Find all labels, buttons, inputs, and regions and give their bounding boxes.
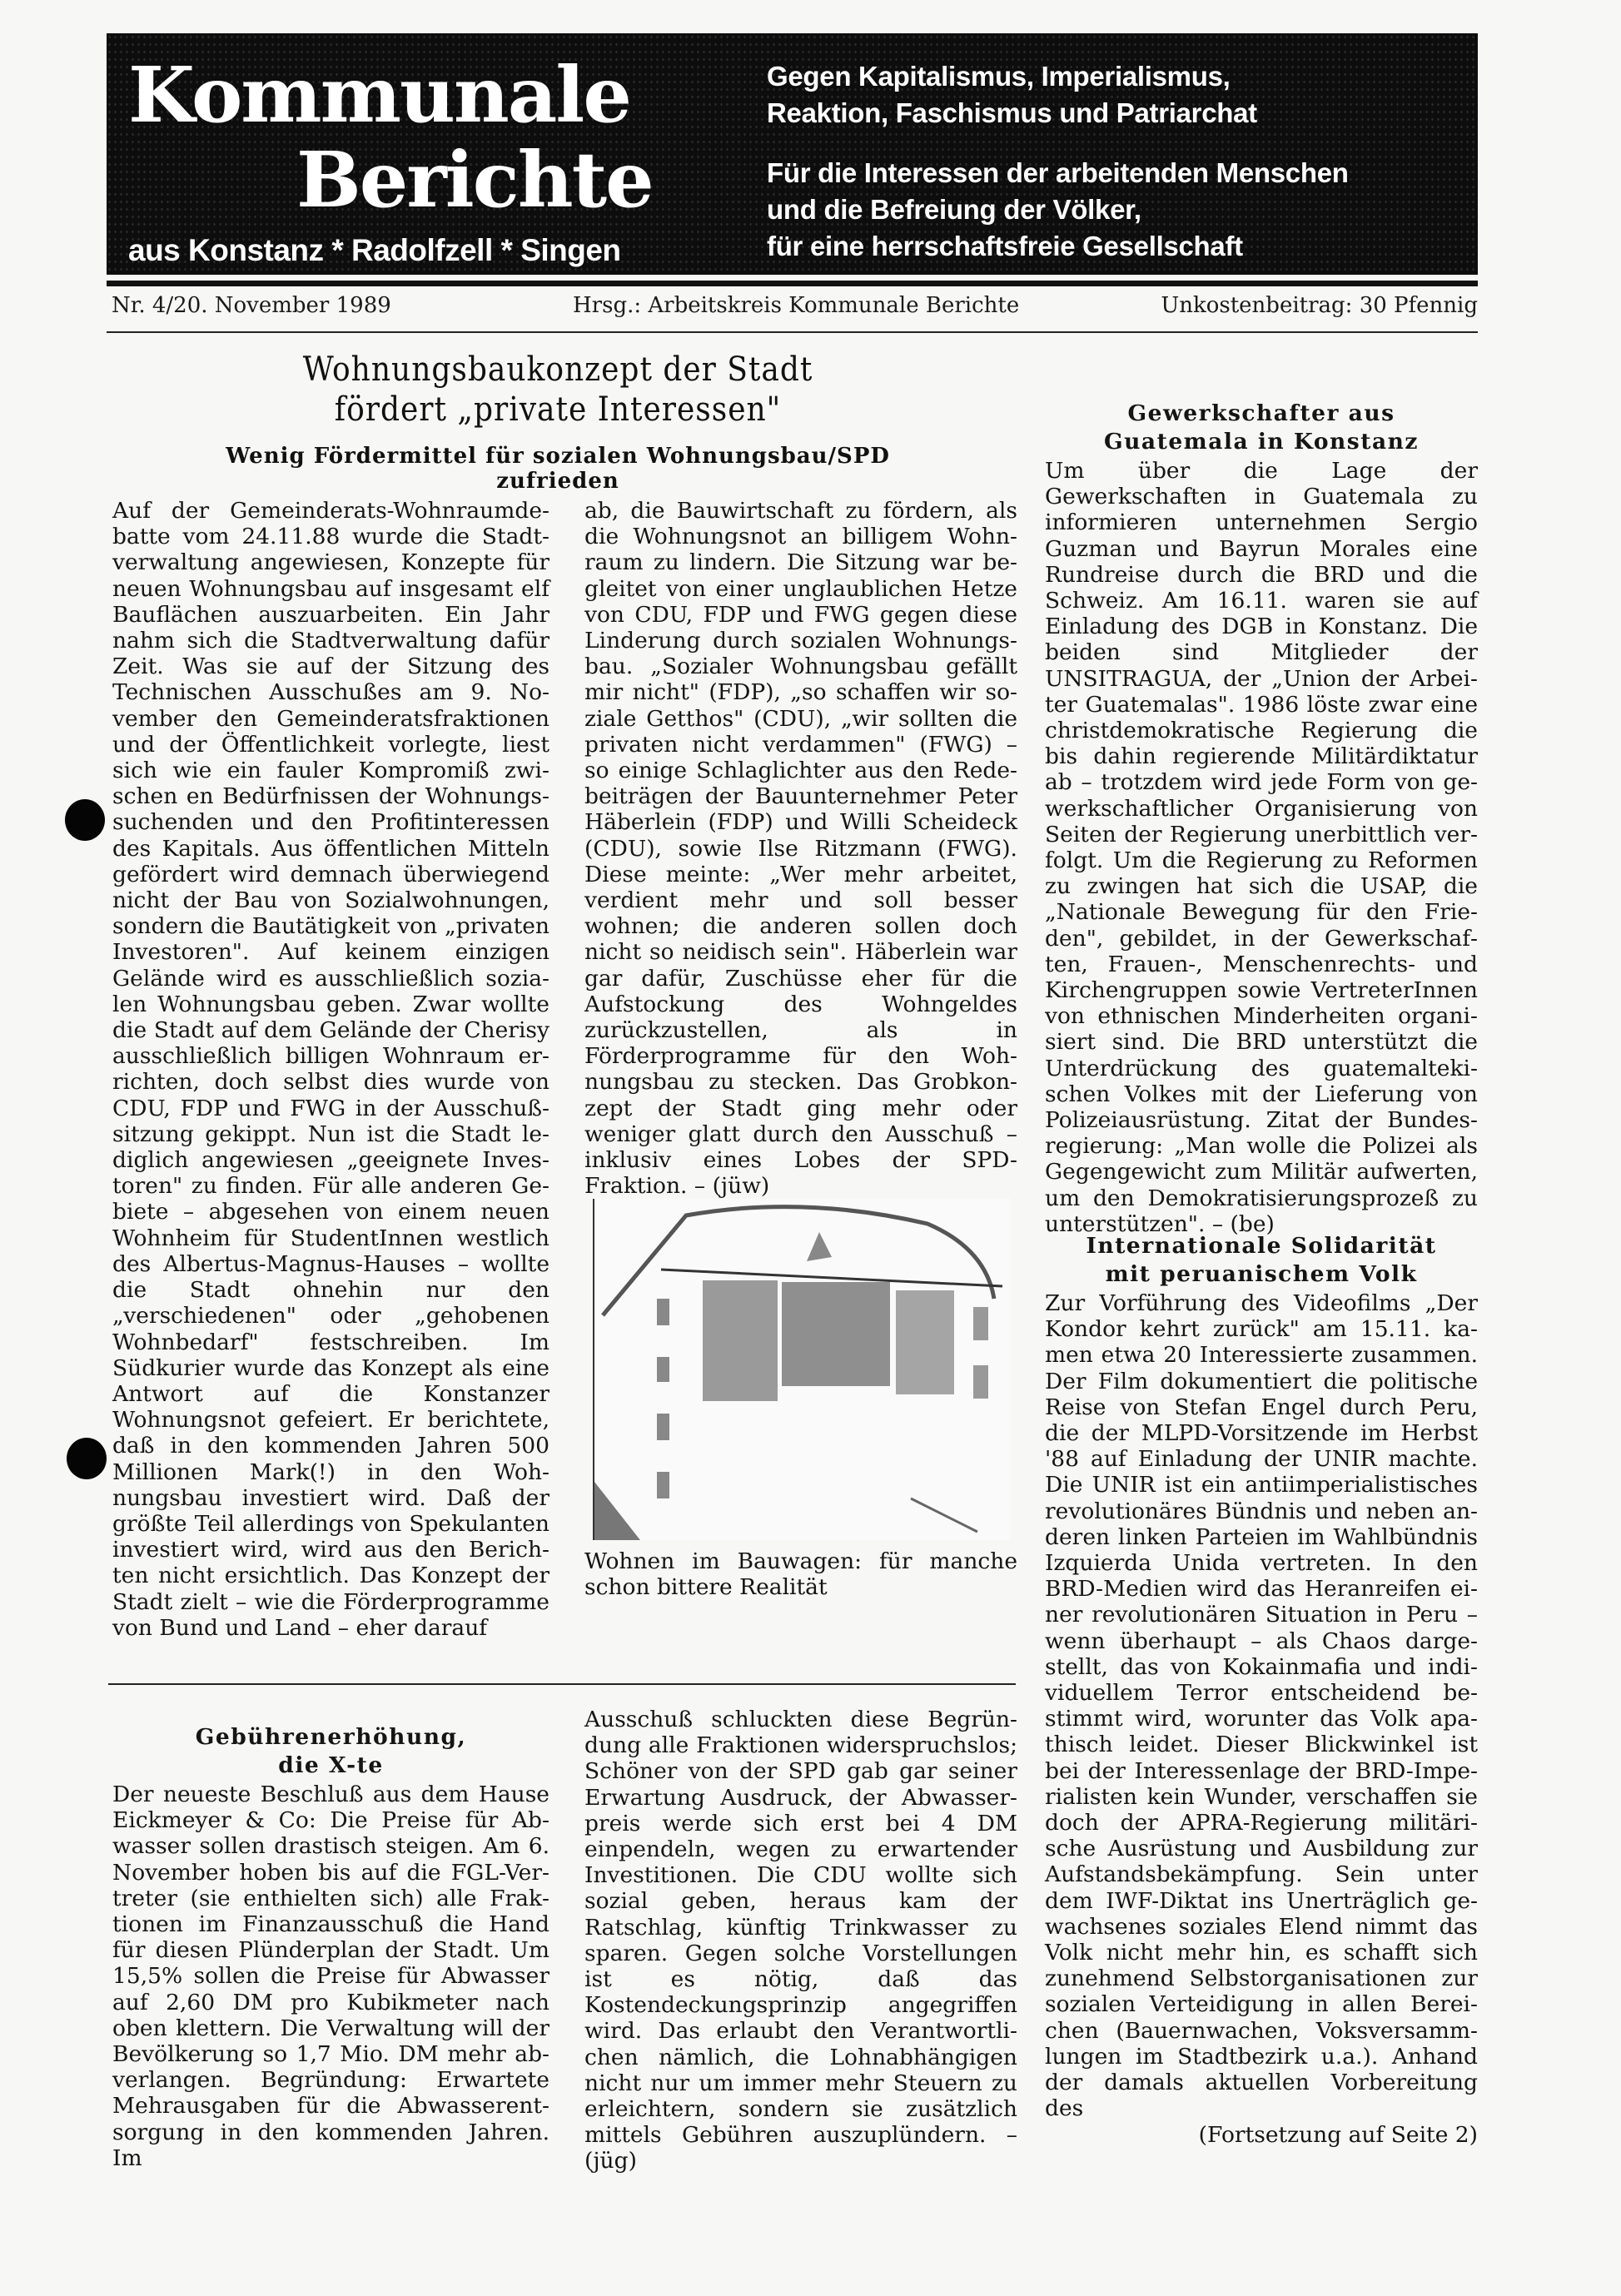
title-line: Internationale Solidarität xyxy=(1045,1232,1478,1260)
title-line: Guatemala in Konstanz xyxy=(1045,428,1478,456)
dateline-rule xyxy=(107,331,1478,333)
punch-hole xyxy=(65,799,105,841)
lead-article-column-1: Auf der Gemeinderats-Wohnraumde­batte vo… xyxy=(112,498,549,1641)
article-text: Ausschuß schluckten diese Begrün­dung al… xyxy=(584,1707,1017,2174)
slogan-line: und die Befreiung der Völker, xyxy=(767,191,1349,228)
section-divider xyxy=(108,1683,1016,1685)
photo-construction-trailer xyxy=(593,1199,1011,1540)
masthead-title-line1: Kommunale xyxy=(128,57,630,133)
title-line: die X-te xyxy=(112,1752,549,1780)
headline-line: fördert „private Interessen" xyxy=(183,390,932,430)
issue-number: Nr. 4/20. November 1989 xyxy=(112,293,391,318)
article-text: Um über die Lage der Gewerkschaften in G… xyxy=(1045,458,1478,1237)
fee-article-column-1: Gebührenerhöhung, die X-te Der neueste B… xyxy=(112,1723,549,2171)
masthead-rule xyxy=(107,281,1478,286)
slogan-line: Reaktion, Faschismus und Patriarchat xyxy=(767,95,1257,132)
masthead-slogan-1: Gegen Kapitalismus, Imperialismus, Reakt… xyxy=(767,58,1257,132)
lead-article-column-2: ab, die Bauwirtschaft zu fördern, als di… xyxy=(584,498,1017,1199)
publisher: Hrsg.: Arbeitskreis Kommunale Berichte xyxy=(573,293,1019,318)
peru-article: Internationale Solidarität mit peruanisc… xyxy=(1045,1232,1478,2148)
slogan-line: für eine herrschaftsfreie Gesellschaft xyxy=(767,228,1349,265)
guatemala-article: Gewerkschafter aus Guatemala in Konstanz… xyxy=(1045,400,1478,1237)
masthead-title-line2: Berichte xyxy=(296,142,653,218)
dateline: Nr. 4/20. November 1989 Hrsg.: Arbeitskr… xyxy=(107,293,1478,326)
photo-caption: Wohnen im Bauwagen: für manche schon bit… xyxy=(584,1548,1017,1600)
fee-article-column-2: Ausschuß schluckten diese Begrün­dung al… xyxy=(584,1707,1017,2174)
continuation-note: (Fortsetzung auf Seite 2) xyxy=(1045,2122,1478,2148)
slogan-line: Für die Interessen der arbeitenden Mensc… xyxy=(767,155,1349,191)
masthead: Kommunale Berichte aus Konstanz * Radolf… xyxy=(107,33,1478,275)
lead-subheadline: Wenig Fördermittel für sozialen Wohnungs… xyxy=(208,444,907,494)
trailer-image-icon xyxy=(594,1199,1011,1540)
price: Unkostenbeitrag: 30 Pfennig xyxy=(1161,293,1478,318)
title-line: Gewerkschafter aus xyxy=(1045,400,1478,428)
article-text: Der neueste Beschluß aus dem Hause Eickm… xyxy=(112,1782,549,2171)
punch-hole xyxy=(67,1438,107,1479)
slogan-line: Gegen Kapitalismus, Imperialismus, xyxy=(767,58,1257,95)
article-text: ab, die Bauwirtschaft zu fördern, als di… xyxy=(584,498,1017,1199)
headline-line: Wohnungsbaukonzept der Stadt xyxy=(183,350,932,390)
guatemala-article-title: Gewerkschafter aus Guatemala in Konstanz xyxy=(1045,400,1478,456)
title-line: Gebührenerhöhung, xyxy=(112,1723,549,1752)
peru-article-title: Internationale Solidarität mit peruanisc… xyxy=(1045,1232,1478,1289)
fee-article-title: Gebührenerhöhung, die X-te xyxy=(112,1723,549,1780)
lead-headline: Wohnungsbaukonzept der Stadt fördert „pr… xyxy=(183,350,932,430)
masthead-cities: aus Konstanz * Radolfzell * Singen xyxy=(128,233,621,268)
article-text: Auf der Gemeinderats-Wohnraumde­batte vo… xyxy=(112,498,549,1641)
title-line: mit peruanischem Volk xyxy=(1045,1260,1478,1289)
masthead-slogan-2: Für die Interessen der arbeitenden Mensc… xyxy=(767,155,1349,265)
article-text: Zur Vorführung des Videofilms „Der Kondo… xyxy=(1045,1290,1478,2122)
